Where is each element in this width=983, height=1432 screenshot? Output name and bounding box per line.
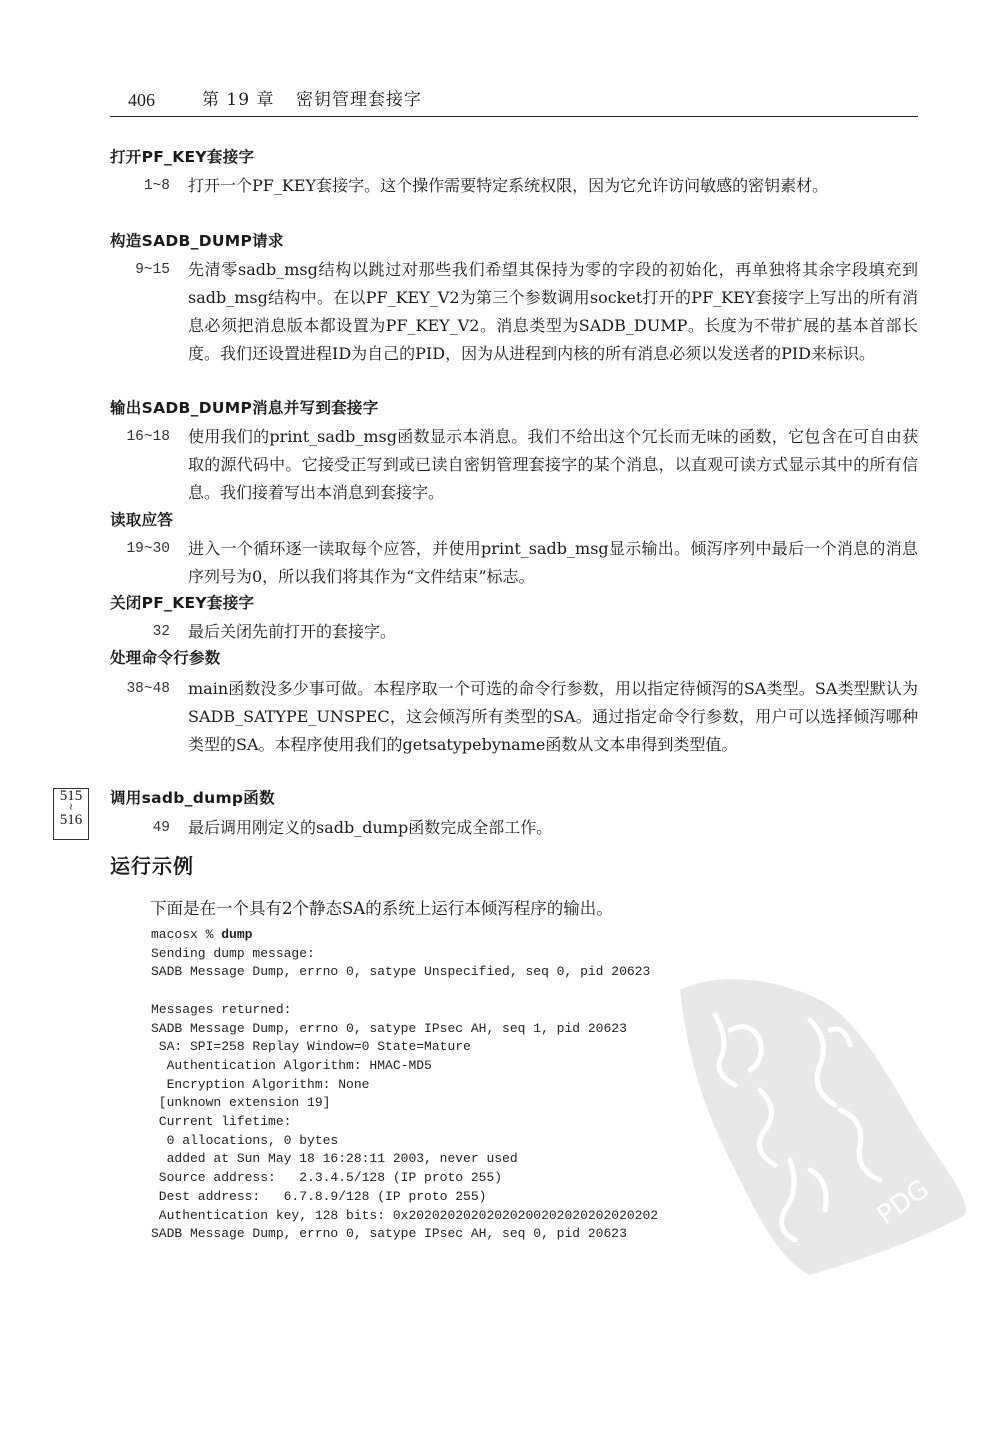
- output-line: Sending dump message:: [151, 945, 791, 964]
- output-line: [unknown extension 19]: [151, 1094, 791, 1113]
- output-line: Authentication key, 128 bits: 0x20202020…: [151, 1207, 791, 1226]
- section-heading-close-socket: 关闭PF_KEY套接字: [110, 593, 254, 613]
- output-line: SADB Message Dump, errno 0, satype Unspe…: [151, 963, 791, 982]
- output-line: Source address: 2.3.4.5/128 (IP proto 25…: [151, 1169, 791, 1188]
- section-heading-call-dump: 调用sadb_dump函数: [110, 788, 275, 808]
- paragraph-text: 打开一个PF_KEY套接字。这个操作需要特定系统权限，因为它允许访问敏感的密钥素…: [188, 172, 918, 200]
- output-line: added at Sun May 18 16:28:11 2003, never…: [151, 1150, 791, 1169]
- section-heading-print-write: 输出SADB_DUMP消息并写到套接字: [110, 398, 379, 418]
- output-line: Messages returned:: [151, 1001, 791, 1020]
- paragraph-text: main函数没多少事可做。本程序取一个可选的命令行参数，用以指定待倾泻的SA类型…: [188, 675, 918, 759]
- margin-page-reference: 515 ≀ 516: [53, 788, 89, 840]
- section-heading-cmdline-args: 处理命令行参数: [110, 648, 221, 668]
- paragraph-close-socket: 32 最后关闭先前打开的套接字。: [110, 618, 918, 646]
- output-lines: Sending dump message:SADB Message Dump, …: [151, 945, 791, 1244]
- output-line: Current lifetime:: [151, 1113, 791, 1132]
- line-range: 32: [110, 618, 170, 646]
- paragraph-open-socket: 1~8 打开一个PF_KEY套接字。这个操作需要特定系统权限，因为它允许访问敏感…: [110, 172, 918, 228]
- paragraph-text: 使用我们的print_sadb_msg函数显示本消息。我们不给出这个冗长而无味的…: [188, 423, 918, 507]
- paragraph-print-write: 16~18 使用我们的print_sadb_msg函数显示本消息。我们不给出这个…: [110, 423, 918, 507]
- line-range: 16~18: [110, 423, 170, 451]
- section-heading-read-replies: 读取应答: [110, 510, 173, 530]
- margin-ref-bottom: 516: [54, 813, 88, 827]
- paragraph-text: 先清零sadb_msg结构以跳过对那些我们希望其保持为零的字段的初始化，再单独将…: [188, 256, 918, 368]
- output-line: [151, 982, 791, 1001]
- shell-command: dump: [221, 927, 252, 942]
- output-line: Encryption Algorithm: None: [151, 1076, 791, 1095]
- paragraph-call-dump: 49 最后调用刚定义的sadb_dump函数完成全部工作。: [110, 814, 918, 842]
- paragraph-read-replies: 19~30 进入一个循环逐一读取每个应答，并使用print_sadb_msg显示…: [110, 535, 918, 591]
- shell-prompt: macosx %: [151, 927, 221, 942]
- paragraph-text: 最后关闭先前打开的套接字。: [188, 618, 918, 646]
- line-range: 9~15: [110, 256, 170, 284]
- line-range: 19~30: [110, 535, 170, 563]
- chapter-title: 密钥管理套接字: [296, 88, 422, 112]
- run-example-intro: 下面是在一个具有2个静态SA的系统上运行本倾泻程序的输出。: [150, 895, 613, 919]
- output-line: SA: SPI=258 Replay Window=0 State=Mature: [151, 1038, 791, 1057]
- output-line: Authentication Algorithm: HMAC-MD5: [151, 1057, 791, 1076]
- section-heading-build-request: 构造SADB_DUMP请求: [110, 231, 284, 251]
- terminal-output-block: macosx % dump Sending dump message:SADB …: [151, 926, 791, 1244]
- paragraph-cmdline-args: 38~48 main函数没多少事可做。本程序取一个可选的命令行参数，用以指定待倾…: [110, 675, 918, 787]
- output-line: SADB Message Dump, errno 0, satype IPsec…: [151, 1225, 791, 1244]
- paragraph-text: 进入一个循环逐一读取每个应答，并使用print_sadb_msg显示输出。倾泻序…: [188, 535, 918, 591]
- run-example-heading: 运行示例: [110, 850, 194, 879]
- svg-text:PDG: PDG: [872, 1174, 935, 1231]
- paragraph-text: 最后调用刚定义的sadb_dump函数完成全部工作。: [188, 814, 918, 842]
- margin-ref-top: 515: [54, 789, 88, 803]
- line-range: 1~8: [110, 172, 170, 200]
- line-range: 49: [110, 814, 170, 842]
- output-line: Dest address: 6.7.8.9/128 (IP proto 255): [151, 1188, 791, 1207]
- line-range: 38~48: [110, 675, 170, 703]
- page-header: 406 第 19 章 密钥管理套接字: [110, 88, 918, 117]
- page-number: 406: [128, 88, 155, 112]
- output-line: 0 allocations, 0 bytes: [151, 1132, 791, 1151]
- output-line: SADB Message Dump, errno 0, satype IPsec…: [151, 1020, 791, 1039]
- chapter-number: 第 19 章: [202, 88, 274, 112]
- paragraph-build-request: 9~15 先清零sadb_msg结构以跳过对那些我们希望其保持为零的字段的初始化…: [110, 256, 918, 396]
- section-heading-open-socket: 打开PF_KEY套接字: [110, 147, 254, 167]
